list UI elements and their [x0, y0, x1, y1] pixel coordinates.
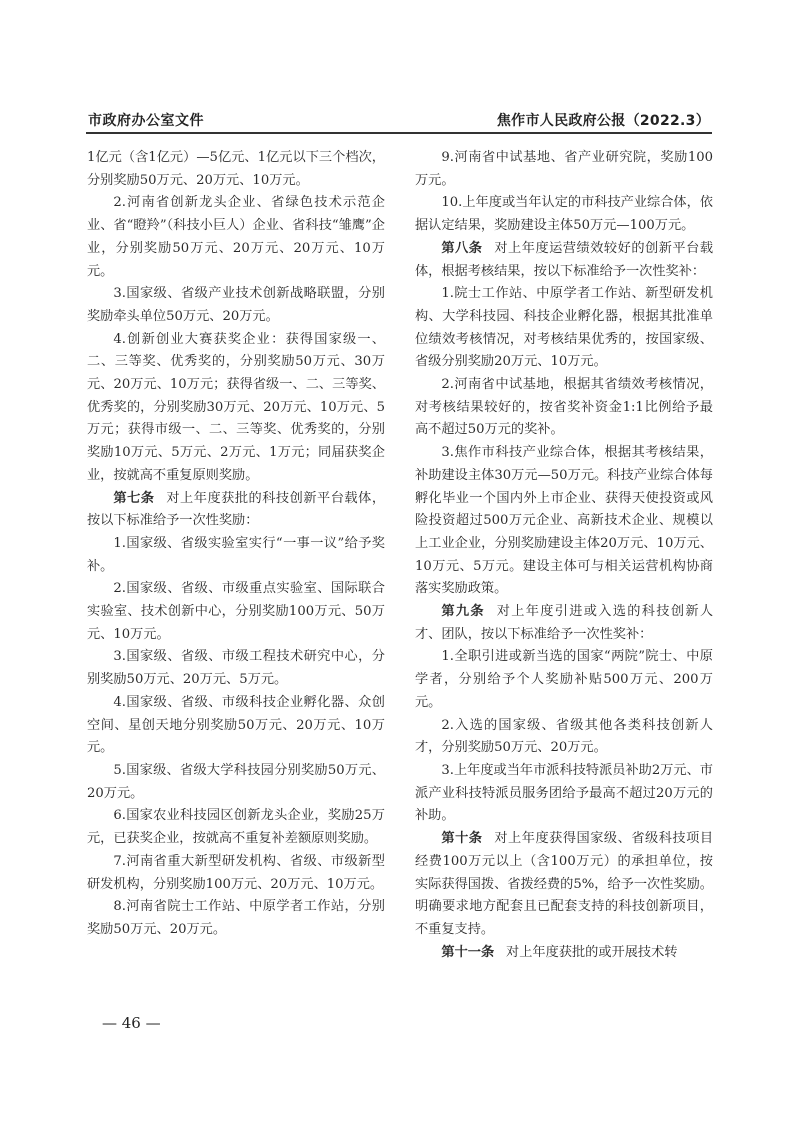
paragraph: 2.入选的国家级、省级其他各类科技创新人才，分别奖励50万元、20万元。: [415, 715, 713, 760]
article-heading: 第七条: [113, 491, 154, 506]
article-paragraph: 第九条对上年度引进或入选的科技创新人才、团队，按以下标准给予一次性奖补：: [415, 601, 713, 646]
paragraph: 3.国家级、省级产业技术创新战略联盟，分别奖励牵头单位50万元、20万元。: [87, 283, 385, 328]
article-heading: 第九条: [441, 604, 485, 619]
article-heading: 第十条: [441, 831, 482, 846]
paragraph: 3.焦作市科技产业综合体，根据其考核结果，补助建设主体30万元—50万元。科技产…: [415, 442, 713, 601]
paragraph: 1.全职引进或新当选的国家“两院”院士、中原学者，分别给予个人奖励补贴500万元…: [415, 646, 713, 714]
paragraph: 5.国家级、省级大学科技园分别奖励50万元、20万元。: [87, 760, 385, 805]
paragraph: 3.上年度或当年市派科技特派员补助2万元、市派产业科技特派员服务团给予最高不超过…: [415, 760, 713, 828]
paragraph: 10.上年度或当年认定的市科技产业综合体，依据认定结果，奖励建设主体50万元—1…: [415, 192, 713, 237]
paragraph: 8.河南省院士工作站、中原学者工作站，分别奖励50万元、20万元。: [87, 896, 385, 941]
page-header: 市政府办公室文件 焦作市人民政府公报（2022.3）: [86, 108, 712, 134]
paragraph: 1.院士工作站、中原学者工作站、新型研发机构、大学科技园、科技企业孵化器，根据其…: [415, 283, 713, 374]
article-heading: 第八条: [441, 241, 482, 256]
article-paragraph: 第八条对上年度运营绩效较好的创新平台载体，根据考核结果，按以下标准给予一次性奖补…: [415, 238, 713, 283]
right-column: 9.河南省中试基地、省产业研究院，奖励100万元。 10.上年度或当年认定的市科…: [415, 147, 713, 964]
paragraph: 7.河南省重大新型研发机构、省级、市级新型研发机构，分别奖励100万元、20万元…: [87, 851, 385, 896]
page-number: — 46 —: [102, 1014, 161, 1032]
paragraph: 2.河南省创新龙头企业、省绿色技术示范企业、省“瞪羚”（科技小巨人）企业、省科技…: [87, 192, 385, 283]
paragraph: 2.河南省中试基地，根据其省绩效考核情况，对考核结果较好的，按省奖补资金1:1比…: [415, 374, 713, 442]
article-paragraph: 第十一条对上年度获批的或开展技术转: [415, 942, 713, 965]
left-column: 1亿元（含1亿元）—5亿元、1亿元以下三个档次，分别奖励50万元、20万元、10…: [87, 147, 385, 942]
article-body: 对上年度获得国家级、省级科技项目经费100万元以上（含100万元）的承担单位，按…: [415, 831, 713, 937]
paragraph: 3.国家级、省级、市级工程技术研究中心，分别奖励50万元、20万元、5万元。: [87, 646, 385, 691]
article-body: 对上年度获批的或开展技术转: [506, 945, 677, 960]
paragraph: 4.创新创业大赛获奖企业：获得国家级一、二、三等奖、优秀奖的，分别奖励50万元、…: [87, 329, 385, 488]
article-heading: 第十一条: [441, 945, 494, 960]
header-publication-title: 焦作市人民政府公报（2022.3）: [497, 110, 710, 130]
paragraph: 1.国家级、省级实验室实行“一事一议”给予奖补。: [87, 533, 385, 578]
header-document-type: 市政府办公室文件: [88, 110, 204, 130]
paragraph: 2.国家级、省级、市级重点实验室、国际联合实验室、技术创新中心，分别奖励100万…: [87, 578, 385, 646]
paragraph: 4.国家级、省级、市级科技企业孵化器、众创空间、星创天地分别奖励50万元、20万…: [87, 692, 385, 760]
paragraph: 6.国家农业科技园区创新龙头企业，奖励25万元，已获奖企业，按就高不重复补差额原…: [87, 805, 385, 850]
article-paragraph: 第七条对上年度获批的科技创新平台载体，按以下标准给予一次性奖励：: [87, 488, 385, 533]
paragraph: 9.河南省中试基地、省产业研究院，奖励100万元。: [415, 147, 713, 192]
paragraph: 1亿元（含1亿元）—5亿元、1亿元以下三个档次，分别奖励50万元、20万元、10…: [87, 147, 385, 192]
article-paragraph: 第十条对上年度获得国家级、省级科技项目经费100万元以上（含100万元）的承担单…: [415, 828, 713, 942]
